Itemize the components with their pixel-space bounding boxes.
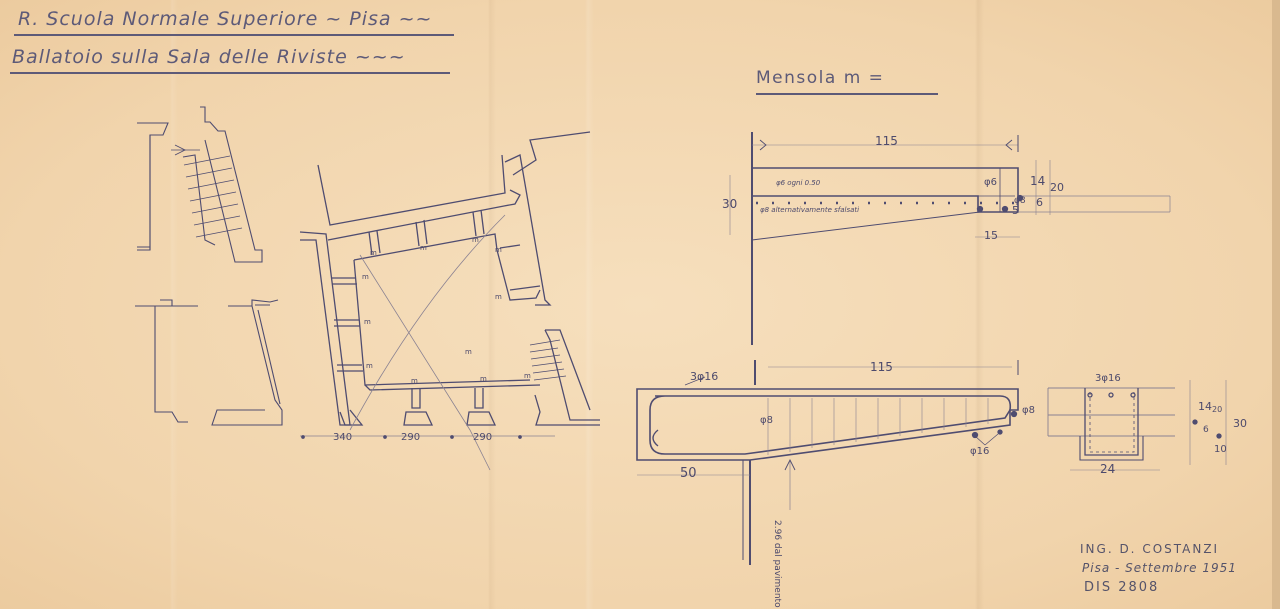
bracket-section-top: [730, 132, 1170, 345]
stirrup-label: φ8: [760, 415, 773, 426]
rebar-label: φ8: [1022, 405, 1035, 416]
bracket-marker: m: [370, 249, 377, 257]
dimension-label: 15: [984, 229, 998, 242]
detail-title-underline: [756, 93, 938, 95]
width-dimension: 24: [1100, 462, 1115, 476]
plan-dimension: 290: [473, 432, 492, 443]
detail-title: Mensola m =: [756, 68, 884, 88]
dimension-label: 20: [1050, 181, 1064, 194]
dimension-label: 30: [1233, 417, 1247, 430]
rebar-label: 3φ16: [1095, 373, 1121, 384]
height-dimension: 30: [722, 197, 737, 211]
floor-height-note: 2.96 dal pavimento: [772, 520, 782, 608]
place-date: Pisa - Settembre 1951: [1082, 561, 1237, 575]
bracket-marker: m: [411, 377, 418, 385]
engineer-name: ING. D. COSTANZI: [1080, 542, 1219, 556]
dimension-label: 14: [1030, 174, 1045, 188]
bracket-marker: m: [465, 348, 472, 356]
bracket-marker: m: [362, 273, 369, 281]
bracket-marker: m: [420, 244, 427, 252]
rebar-note: φ8 alternativamente sfalsati: [760, 206, 859, 214]
plan-dimension: 340: [333, 432, 352, 443]
bracket-marker: m: [472, 236, 479, 244]
drawing-sheet: R. Scuola Normale Superiore ~ Pisa ~~ Ba…: [0, 0, 1280, 609]
rebar-label: 3φ16: [690, 370, 718, 383]
dimension-label: 6: [1203, 425, 1209, 435]
bracket-marker: m: [524, 372, 531, 380]
rebar-note: φ6 ogni 0.50: [776, 179, 820, 187]
plan-dimension: 290: [401, 432, 420, 443]
bracket-marker: m: [480, 375, 487, 383]
column-detail: [135, 300, 282, 425]
bracket-marker: m: [495, 246, 502, 254]
dimension-label: 10: [1214, 444, 1227, 455]
support-dimension: 50: [680, 466, 697, 481]
dimension-label: 6: [1036, 196, 1043, 209]
bracket-marker: m: [495, 293, 502, 301]
drawing-linework: [0, 0, 1280, 609]
dimension-label: 14: [1198, 400, 1212, 413]
span-dimension: 115: [870, 360, 893, 374]
rebar-label: φ16: [970, 446, 989, 457]
rebar-label: φ8: [1014, 196, 1026, 206]
bracket-marker: m: [366, 362, 373, 370]
bracket-marker: m: [364, 318, 371, 326]
span-dimension: 115: [875, 134, 898, 148]
bracket-section-bottom: [637, 360, 1018, 565]
stirrup-label: φ6: [984, 177, 997, 188]
cross-section: [1048, 380, 1226, 470]
drawing-number: DIS 2808: [1084, 580, 1159, 595]
stair-detail: [137, 107, 262, 262]
dimension-label: 20: [1212, 405, 1222, 414]
floor-plan: [300, 132, 600, 470]
